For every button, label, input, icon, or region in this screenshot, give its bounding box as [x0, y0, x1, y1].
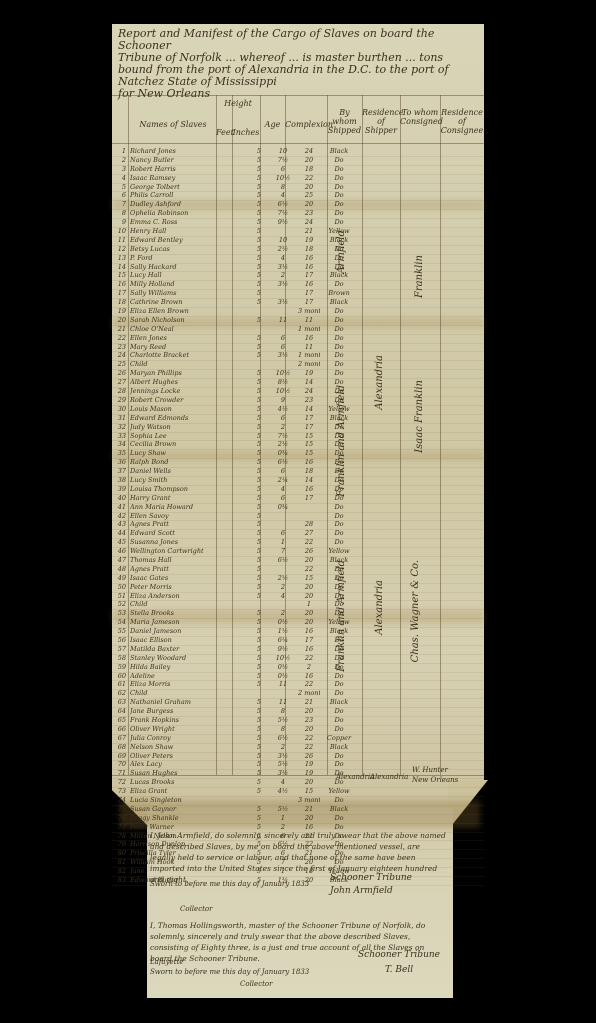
slave-name: Agnes Pratt: [130, 521, 248, 529]
row-number: 68: [114, 744, 126, 752]
height-feet: 5: [250, 495, 268, 503]
table-row: 24Charlotte Bracket53½1 monthDo: [112, 352, 484, 361]
complexion: Yellow: [324, 548, 354, 556]
height-feet: 5: [250, 397, 268, 405]
table-row: 59Hilda Bailey50½2Do: [112, 664, 484, 673]
age: 15: [298, 788, 320, 796]
age: 21: [298, 228, 320, 236]
row-number: 81: [114, 859, 126, 867]
height-inches: 2: [270, 424, 296, 432]
height-feet: 5: [250, 441, 268, 449]
complexion: Do: [324, 504, 354, 512]
signature-1: Schooner Tribune: [330, 873, 412, 883]
col-header-age: Age: [260, 120, 285, 129]
row-number: 62: [114, 690, 126, 698]
slave-name: Emma C. Ross: [130, 219, 248, 227]
age: 24: [298, 148, 320, 156]
height-inches: 3½: [270, 281, 296, 289]
height-inches: 10½: [270, 388, 296, 396]
height-feet: 5: [250, 459, 268, 467]
height-feet: 5: [250, 779, 268, 787]
age: 27: [298, 530, 320, 538]
slave-name: Hilda Bailey: [130, 664, 248, 672]
age: 25: [298, 192, 320, 200]
height-inches: 6½: [270, 201, 296, 209]
slave-name: Edward Bentley: [130, 237, 248, 245]
complexion: Do: [324, 317, 354, 325]
complexion: Yellow: [324, 788, 354, 796]
shipper-vertical-1: Armfield: [336, 230, 347, 274]
slave-name: Ellen Jones: [130, 335, 248, 343]
height-feet: 5: [250, 192, 268, 200]
age: 14: [298, 406, 320, 414]
table-row: 38Lucy Smith52¼14Do: [112, 477, 484, 486]
age: 19: [298, 770, 320, 778]
slave-name: Peter Morris: [130, 584, 248, 592]
height-inches: 3½: [270, 352, 296, 360]
row-number: 9: [114, 219, 126, 227]
table-row: 40Harry Grant5617Do: [112, 495, 484, 504]
table-row: 27Albert Hughes58½14Do: [112, 379, 484, 388]
height-inches: 6: [270, 530, 296, 538]
table-row: 3Robert Harris5618Do: [112, 166, 484, 175]
row-number: 27: [114, 379, 126, 387]
row-number: 39: [114, 486, 126, 494]
age: 3 months: [298, 308, 320, 316]
height-inches: 8½: [270, 379, 296, 387]
row-number: 17: [114, 290, 126, 298]
height-feet: 5: [250, 486, 268, 494]
height-inches: 6: [270, 344, 296, 352]
age: 20: [298, 201, 320, 209]
slave-name: Adeline: [130, 673, 248, 681]
row-number: 69: [114, 753, 126, 761]
table-row: 58Stanley Woodard510½22Do: [112, 655, 484, 664]
age: 18: [298, 166, 320, 174]
row-number: 51: [114, 593, 126, 601]
height-feet: 5: [250, 290, 268, 298]
row-number: 57: [114, 646, 126, 654]
height-inches: 10½: [270, 370, 296, 378]
row-number: 56: [114, 637, 126, 645]
age: 16: [298, 646, 320, 654]
height-feet: 5: [250, 246, 268, 254]
slave-name: Lucy Smith: [130, 477, 248, 485]
row-number: 70: [114, 761, 126, 769]
height-inches: 2: [270, 272, 296, 280]
height-feet: 5: [250, 210, 268, 218]
height-inches: 6½: [270, 735, 296, 743]
table-row: 21Chloe O'Neal1 monthDo: [112, 326, 484, 335]
age: 11: [298, 317, 320, 325]
complexion: Do: [324, 326, 354, 334]
row-number: 49: [114, 575, 126, 583]
table-row: 41Ann Maria Howard50¾Do: [112, 504, 484, 513]
age: 16: [298, 255, 320, 263]
height-inches: 11: [270, 699, 296, 707]
slave-name: Isaac Gates: [130, 575, 248, 583]
slave-name: Child: [130, 690, 248, 698]
height-inches: 6½: [270, 557, 296, 565]
height-inches: 6: [270, 468, 296, 476]
age: 16: [298, 264, 320, 272]
height-inches: 2: [270, 584, 296, 592]
heading-line-4: for New Orleans: [118, 88, 478, 100]
row-number: 75: [114, 806, 126, 814]
slave-name: Charlotte Bracket: [130, 352, 248, 360]
height-feet: 5: [250, 166, 268, 174]
age: 15: [298, 441, 320, 449]
age: 23: [298, 210, 320, 218]
table-row: 60Adeline50½16Do: [112, 673, 484, 682]
row-number: 48: [114, 566, 126, 574]
height-feet: 5: [250, 201, 268, 209]
height-inches: 9: [270, 397, 296, 405]
height-inches: 2: [270, 744, 296, 752]
height-feet: 5: [250, 450, 268, 458]
table-row: 51Eliza Anderson5420Do: [112, 593, 484, 602]
height-feet: 5: [250, 557, 268, 565]
row-number: 5: [114, 184, 126, 192]
height-inches: 7½: [270, 433, 296, 441]
sworn-before-1: Sworn to before me this day of January 1…: [150, 880, 309, 888]
slave-name: Robert Crowder: [130, 397, 248, 405]
row-number: 4: [114, 175, 126, 183]
age: 16: [298, 459, 320, 467]
age: 19: [298, 370, 320, 378]
col-header-consignee-residence: Residence of Consignee: [440, 108, 484, 135]
last-consignee-residence: New Orleans: [412, 776, 458, 784]
complexion: Do: [324, 815, 354, 823]
table-row: 46Wellington Cartwright5726Yellow: [112, 548, 484, 557]
age: 20: [298, 815, 320, 823]
complexion: Do: [324, 717, 354, 725]
row-number: 65: [114, 717, 126, 725]
row-number: 50: [114, 584, 126, 592]
height-feet: 5: [250, 761, 268, 769]
signature-4: T. Bell: [385, 965, 413, 975]
row-number: 79: [114, 841, 126, 849]
row-number: 44: [114, 530, 126, 538]
slave-name: Eliza Morris: [130, 681, 248, 689]
table-row: 2Nancy Butler57½20Do: [112, 157, 484, 166]
lafayette-label: Lafayette: [150, 958, 183, 966]
row-number: 45: [114, 539, 126, 547]
row-number: 41: [114, 504, 126, 512]
slave-name: Stanley Woodard: [130, 655, 248, 663]
last-consignee: W. Hunter: [412, 766, 448, 774]
height-feet: 5: [250, 219, 268, 227]
height-feet: 5: [250, 699, 268, 707]
table-row: 62Child2 monthsDo: [112, 690, 484, 699]
slave-name: Ellen Savoy: [130, 513, 248, 521]
height-feet: 5: [250, 646, 268, 654]
age: 17: [298, 272, 320, 280]
table-row: 74Lucia Singleton3 monthsDo: [112, 797, 484, 806]
height-inches: 2¼: [270, 477, 296, 485]
table-row: 54Maria Jameson50½20Yellow: [112, 619, 484, 628]
slave-name: Thomas Hall: [130, 557, 248, 565]
table-row: 12Betsy Lucas52½18Do: [112, 246, 484, 255]
height-feet: 5: [250, 379, 268, 387]
height-feet: 5: [250, 317, 268, 325]
last-shipper: Alexandria: [336, 773, 374, 781]
complexion: Do: [324, 708, 354, 716]
table-row: 8Ophelia Robinson57½23Do: [112, 210, 484, 219]
height-inches: 4: [270, 486, 296, 494]
height-inches: 1: [270, 815, 296, 823]
height-feet: 5: [250, 610, 268, 618]
slave-name: Lucy Hall: [130, 272, 248, 280]
table-row: 52Child1Do: [112, 601, 484, 610]
slave-name: Alex Lacy: [130, 761, 248, 769]
slave-name: Philis Carroll: [130, 192, 248, 200]
height-inches: 4½: [270, 406, 296, 414]
age: 23: [298, 397, 320, 405]
age: 20: [298, 610, 320, 618]
slave-name: Daniel Wells: [130, 468, 248, 476]
complexion: Brown: [324, 290, 354, 298]
row-number: 12: [114, 246, 126, 254]
age: 14: [298, 379, 320, 387]
complexion: Do: [324, 673, 354, 681]
slave-name: Oliver Wright: [130, 726, 248, 734]
row-number: 55: [114, 628, 126, 636]
row-number: 13: [114, 255, 126, 263]
height-inches: 9½: [270, 219, 296, 227]
slave-name: Edward Scott: [130, 530, 248, 538]
consignee-vertical-2: Isaac Franklin: [414, 380, 425, 453]
table-row: 16Milly Holland53½16Do: [112, 281, 484, 290]
slave-name: Cecilia Brown: [130, 441, 248, 449]
height-feet: 5: [250, 521, 268, 529]
height-inches: 10: [270, 237, 296, 245]
height-feet: 5: [250, 717, 268, 725]
table-row: 68Nelson Shaw5222Black: [112, 744, 484, 753]
manifest-heading: Report and Manifest of the Cargo of Slav…: [118, 28, 478, 100]
row-number: 30: [114, 406, 126, 414]
row-number: 67: [114, 735, 126, 743]
complexion: Do: [324, 308, 354, 316]
table-row: 7Dudley Ashford56½20Do: [112, 201, 484, 210]
row-number: 38: [114, 477, 126, 485]
slave-name: George Tolbert: [130, 184, 248, 192]
height-feet: 5: [250, 370, 268, 378]
row-number: 77: [114, 824, 126, 832]
age: 17: [298, 415, 320, 423]
row-number: 83: [114, 877, 126, 885]
complexion: Do: [324, 281, 354, 289]
table-row: 48Agnes Pratt522Do: [112, 566, 484, 575]
height-inches: 6: [270, 495, 296, 503]
height-feet: 5: [250, 726, 268, 734]
height-feet: 5: [250, 344, 268, 352]
row-number: 76: [114, 815, 126, 823]
age: 1 month: [298, 352, 320, 360]
height-feet: 5: [250, 566, 268, 574]
table-row: 30Louis Mason54½14Yellow: [112, 406, 484, 415]
height-feet: 5: [250, 264, 268, 272]
height-inches: 7½: [270, 157, 296, 165]
age: 16: [298, 673, 320, 681]
table-row: 67Julia Conroy56½22Copper: [112, 735, 484, 744]
age: 26: [298, 753, 320, 761]
age: 20: [298, 584, 320, 592]
row-number: 16: [114, 281, 126, 289]
table-row: 56Isaac Ellison56¼17Do: [112, 637, 484, 646]
height-feet: 5: [250, 619, 268, 627]
table-row: 32Judy Watson5217Do: [112, 424, 484, 433]
age: 19: [298, 237, 320, 245]
table-row: 5George Tolbert5820Do: [112, 184, 484, 193]
signature-2: John Armfield: [330, 886, 393, 896]
age: 16: [298, 628, 320, 636]
row-number: 26: [114, 370, 126, 378]
height-feet: 5: [250, 539, 268, 547]
slave-name: Cathrine Brown: [130, 299, 248, 307]
height-inches: 7: [270, 548, 296, 556]
table-row: 45Susanna Jones5122Do: [112, 539, 484, 548]
age: 15: [298, 450, 320, 458]
row-number: 73: [114, 788, 126, 796]
row-number: 7: [114, 201, 126, 209]
table-row: 33Sophia Lee57½15Do: [112, 433, 484, 442]
slave-name: Ophelia Robinson: [130, 210, 248, 218]
slave-name: P. Ford: [130, 255, 248, 263]
age: 22: [298, 655, 320, 663]
row-number: 72: [114, 779, 126, 787]
age: 21: [298, 699, 320, 707]
slave-name: Louisa Thompson: [130, 486, 248, 494]
slave-name: Matilda Baxter: [130, 646, 248, 654]
age: 2 months: [298, 690, 320, 698]
row-number: 63: [114, 699, 126, 707]
slave-name: Maria Jameson: [130, 619, 248, 627]
row-number: 29: [114, 397, 126, 405]
table-row: 25Child2 monthsDo: [112, 361, 484, 370]
complexion: Do: [324, 352, 354, 360]
age: 17: [298, 299, 320, 307]
slave-name: Susan Gaynor: [130, 806, 248, 814]
heading-line-3: bound from the port of Alexandria in the…: [118, 64, 478, 88]
slave-name: Harry Grant: [130, 495, 248, 503]
age: 1: [298, 601, 320, 609]
age: 20: [298, 708, 320, 716]
age: 22: [298, 539, 320, 547]
slave-name: Chloe O'Neal: [130, 326, 248, 334]
shipper-residence-vertical-3: Alexandria: [374, 580, 385, 635]
row-number: 15: [114, 272, 126, 280]
age: 26: [298, 548, 320, 556]
height-feet: 5: [250, 770, 268, 778]
slave-name: Peggy Shankle: [130, 815, 248, 823]
row-number: 80: [114, 850, 126, 858]
slave-name: Susan Hughes: [130, 770, 248, 778]
row-number: 53: [114, 610, 126, 618]
age: 24: [298, 219, 320, 227]
slave-name: Robert Harris: [130, 166, 248, 174]
table-row: 10Henry Hall521Yellow: [112, 228, 484, 237]
table-row: 36Ralph Bond56½16Do: [112, 459, 484, 468]
row-number: 28: [114, 388, 126, 396]
table-row: 28Jennings Locke510½24Do: [112, 388, 484, 397]
height-feet: 5: [250, 228, 268, 236]
age: 1 month: [298, 326, 320, 334]
age: 16: [298, 335, 320, 343]
age: 23: [298, 717, 320, 725]
height-feet: 5: [250, 664, 268, 672]
table-row: 50Peter Morris5220Do: [112, 584, 484, 593]
slave-name: Wellington Cartwright: [130, 548, 248, 556]
row-number: 19: [114, 308, 126, 316]
table-row: 39Louisa Thompson5416Do: [112, 486, 484, 495]
table-row: 69Oliver Peters53½26Do: [112, 753, 484, 762]
slave-name: Nathaniel Graham: [130, 699, 248, 707]
table-row: 9Emma C. Ross59½24Do: [112, 219, 484, 228]
col-header-inches: Inches: [232, 128, 260, 137]
table-row: 35Lucy Shaw50¾15Do: [112, 450, 484, 459]
table-row: 47Thomas Hall56½20Black: [112, 557, 484, 566]
age: 2 months: [298, 361, 320, 369]
row-number: 24: [114, 352, 126, 360]
shipper-vertical-3: Franklin and Armfield: [336, 560, 347, 672]
slave-name: Oliver Peters: [130, 753, 248, 761]
table-row: 42Ellen Savoy5Do: [112, 513, 484, 522]
height-inches: 6: [270, 415, 296, 423]
height-inches: 4½: [270, 788, 296, 796]
row-number: 33: [114, 433, 126, 441]
sworn-before-2: Sworn to before me this day of January 1…: [150, 968, 309, 976]
slave-name: Edward Edmonds: [130, 415, 248, 423]
height-feet: 5: [250, 744, 268, 752]
row-number: 59: [114, 664, 126, 672]
height-feet: 5: [250, 584, 268, 592]
age: 14: [298, 477, 320, 485]
table-row: 37Daniel Wells5618Do: [112, 468, 484, 477]
table-row: 20Sarah Nicholson51111Do: [112, 317, 484, 326]
height-feet: 5: [250, 148, 268, 156]
age: 18: [298, 468, 320, 476]
slave-name: Susanna Jones: [130, 539, 248, 547]
age: 20: [298, 557, 320, 565]
height-feet: 5: [250, 628, 268, 636]
slave-name: Sarah Nicholson: [130, 317, 248, 325]
slave-name: Agnes Pratt: [130, 566, 248, 574]
complexion: Do: [324, 726, 354, 734]
header-top-rule: [112, 95, 484, 96]
row-number: 23: [114, 344, 126, 352]
height-feet: 5: [250, 157, 268, 165]
heading-line-1: Report and Manifest of the Cargo of Slav…: [118, 28, 478, 52]
table-row: 17Sally Williams517Brown: [112, 290, 484, 299]
row-number: 43: [114, 521, 126, 529]
row-number: 82: [114, 868, 126, 876]
slave-name: Jennings Locke: [130, 388, 248, 396]
complexion: Do: [324, 184, 354, 192]
complexion: Do: [324, 681, 354, 689]
height-feet: 5: [250, 433, 268, 441]
age: 17: [298, 495, 320, 503]
height-inches: 9½: [270, 646, 296, 654]
height-feet: 5: [250, 575, 268, 583]
age: 15: [298, 575, 320, 583]
table-row: 19Eliza Ellen Brown3 monthsDo: [112, 308, 484, 317]
table-row: 18Cathrine Brown53½17Black: [112, 299, 484, 308]
table-row: 65Frank Hopkins55½23Do: [112, 717, 484, 726]
height-inches: 0½: [270, 673, 296, 681]
row-number: 10: [114, 228, 126, 236]
row-number: 60: [114, 673, 126, 681]
